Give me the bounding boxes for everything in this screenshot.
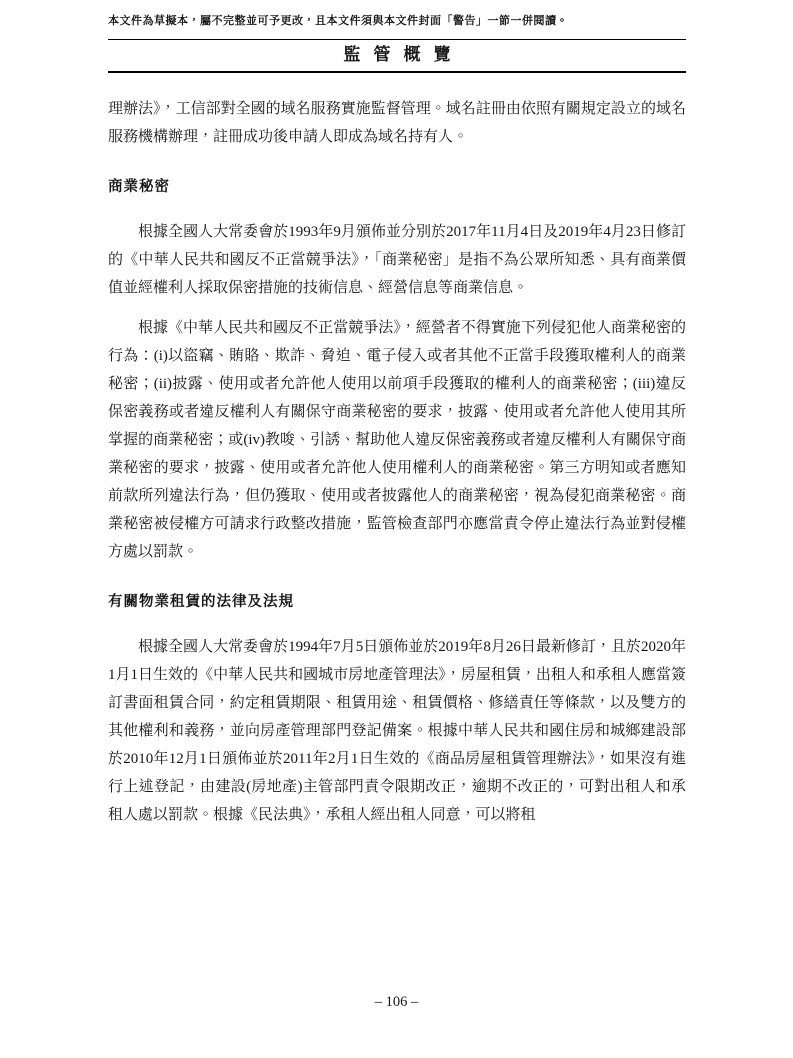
draft-disclaimer: 本文件為草擬本，屬不完整並可予更改，且本文件須與本文件封面「警告」一節一併閱讀。 <box>108 14 686 28</box>
body-text: 理辦法》，工信部對全國的域名服務實施監督管理。域名註冊由依照有關規定設立的域名服… <box>108 95 686 829</box>
intro-paragraph: 理辦法》，工信部對全國的域名服務實施監督管理。域名註冊由依照有關規定設立的域名服… <box>108 95 686 151</box>
page-content: 本文件為草擬本，屬不完整並可予更改，且本文件須與本文件封面「警告」一節一併閱讀。… <box>108 14 686 829</box>
document-page: 本文件為草擬本，屬不完整並可予更改，且本文件須與本文件封面「警告」一節一併閱讀。… <box>0 0 793 1058</box>
paragraph-property-lease: 根據全國人大常委會於1994年7月5日頒佈並於2019年8月26日最新修訂，且於… <box>108 633 686 829</box>
heading-property-lease: 有關物業租賃的法律及法規 <box>108 593 686 611</box>
page-number: – 106 – <box>0 993 793 1011</box>
paragraph-trade-secrets-2: 根據《中華人民共和國反不正當競爭法》，經營者不得實施下列侵犯他人商業秘密的行為：… <box>108 314 686 566</box>
heading-trade-secrets: 商業秘密 <box>108 178 686 196</box>
paragraph-trade-secrets-1: 根據全國人大常委會於1993年9月頒佈並分別於2017年11月4日及2019年4… <box>108 218 686 302</box>
section-title-block: 監管概覽 <box>108 39 686 73</box>
section-title: 監管概覽 <box>331 44 464 66</box>
